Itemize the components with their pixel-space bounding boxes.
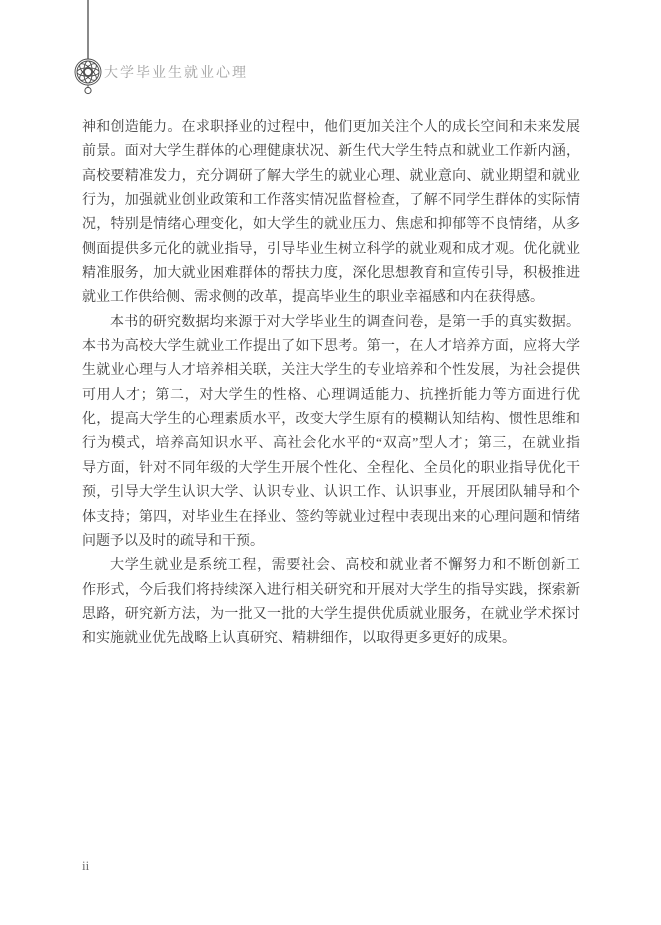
paragraph: 神和创造能力。在求职择业的过程中，他们更加关注个人的成长空间和未来发展前景。面对…	[82, 116, 580, 311]
hanging-medallion-icon	[68, 0, 108, 100]
text-line: 和实施就业优先战略上认真研究、精耕细作，以取得更多更好的成果。	[82, 627, 580, 651]
text-line: 导方面，针对不同年级的大学生开展个性化、全程化、全员化的职业指导优化干	[82, 457, 580, 481]
paragraph: 大学生就业是系统工程，需要社会、高校和就业者不懈努力和不断创新工作形式，今后我们…	[82, 554, 580, 651]
body-text: 神和创造能力。在求职择业的过程中，他们更加关注个人的成长空间和未来发展前景。面对…	[82, 116, 580, 652]
paragraph: 本书的研究数据均来源于对大学毕业生的调查问卷，是第一手的真实数据。本书为高校大学…	[82, 311, 580, 554]
text-line: 本书的研究数据均来源于对大学毕业生的调查问卷，是第一手的真实数据。	[82, 311, 580, 335]
text-line: 前景。面对大学生群体的心理健康状况、新生代大学生特点和就业工作新内涵，	[82, 140, 580, 164]
text-line: 作形式，今后我们将持续深入进行相关研究和开展对大学生的指导实践，探索新	[82, 579, 580, 603]
text-line: 思路，研究新方法，为一批又一批的大学生提供优质就业服务，在就业学术探讨	[82, 603, 580, 627]
text-line: 预，引导大学生认识大学、认识专业、认识工作、认识事业，开展团队辅导和个	[82, 481, 580, 505]
page-number: ii	[82, 858, 89, 874]
text-line: 大学生就业是系统工程，需要社会、高校和就业者不懈努力和不断创新工	[82, 554, 580, 578]
text-line: 行为模式，培养高知识水平、高社会化水平的“双高”型人才；第三，在就业指	[82, 432, 580, 456]
text-line: 神和创造能力。在求职择业的过程中，他们更加关注个人的成长空间和未来发展	[82, 116, 580, 140]
text-line: 问题予以及时的疏导和干预。	[82, 530, 580, 554]
text-line: 况，特别是情绪心理变化，如大学生的就业压力、焦虑和抑郁等不良情绪，从多	[82, 213, 580, 237]
book-page: 大学毕业生就业心理 神和创造能力。在求职择业的过程中，他们更加关注个人的成长空间…	[0, 0, 661, 925]
text-line: 侧面提供多元化的就业指导，引导毕业生树立科学的就业观和成才观。优化就业	[82, 238, 580, 262]
text-line: 高校要精准发力，充分调研了解大学生的就业心理、就业意向、就业期望和就业	[82, 165, 580, 189]
text-line: 体支持；第四，对毕业生在择业、签约等就业过程中表现出来的心理问题和情绪	[82, 506, 580, 530]
text-line: 可用人才；第二，对大学生的性格、心理调适能力、抗挫折能力等方面进行优	[82, 384, 580, 408]
text-line: 本书为高校大学生就业工作提出了如下思考。第一，在人才培养方面，应将大学	[82, 335, 580, 359]
text-line: 生就业心理与人才培养相关联，关注大学生的专业培养和个性发展，为社会提供	[82, 359, 580, 383]
running-header-title: 大学毕业生就业心理	[104, 62, 248, 82]
text-line: 精准服务，加大就业困难群体的帮扶力度，深化思想教育和宣传引导，积极推进	[82, 262, 580, 286]
text-line: 化，提高大学生的心理素质水平，改变大学生原有的模糊认知结构、惯性思维和	[82, 408, 580, 432]
text-line: 就业工作供给侧、需求侧的改革，提高毕业生的职业幸福感和内在获得感。	[82, 286, 580, 310]
text-line: 行为，加强就业创业政策和工作落实情况监督检查，了解不同学生群体的实际情	[82, 189, 580, 213]
